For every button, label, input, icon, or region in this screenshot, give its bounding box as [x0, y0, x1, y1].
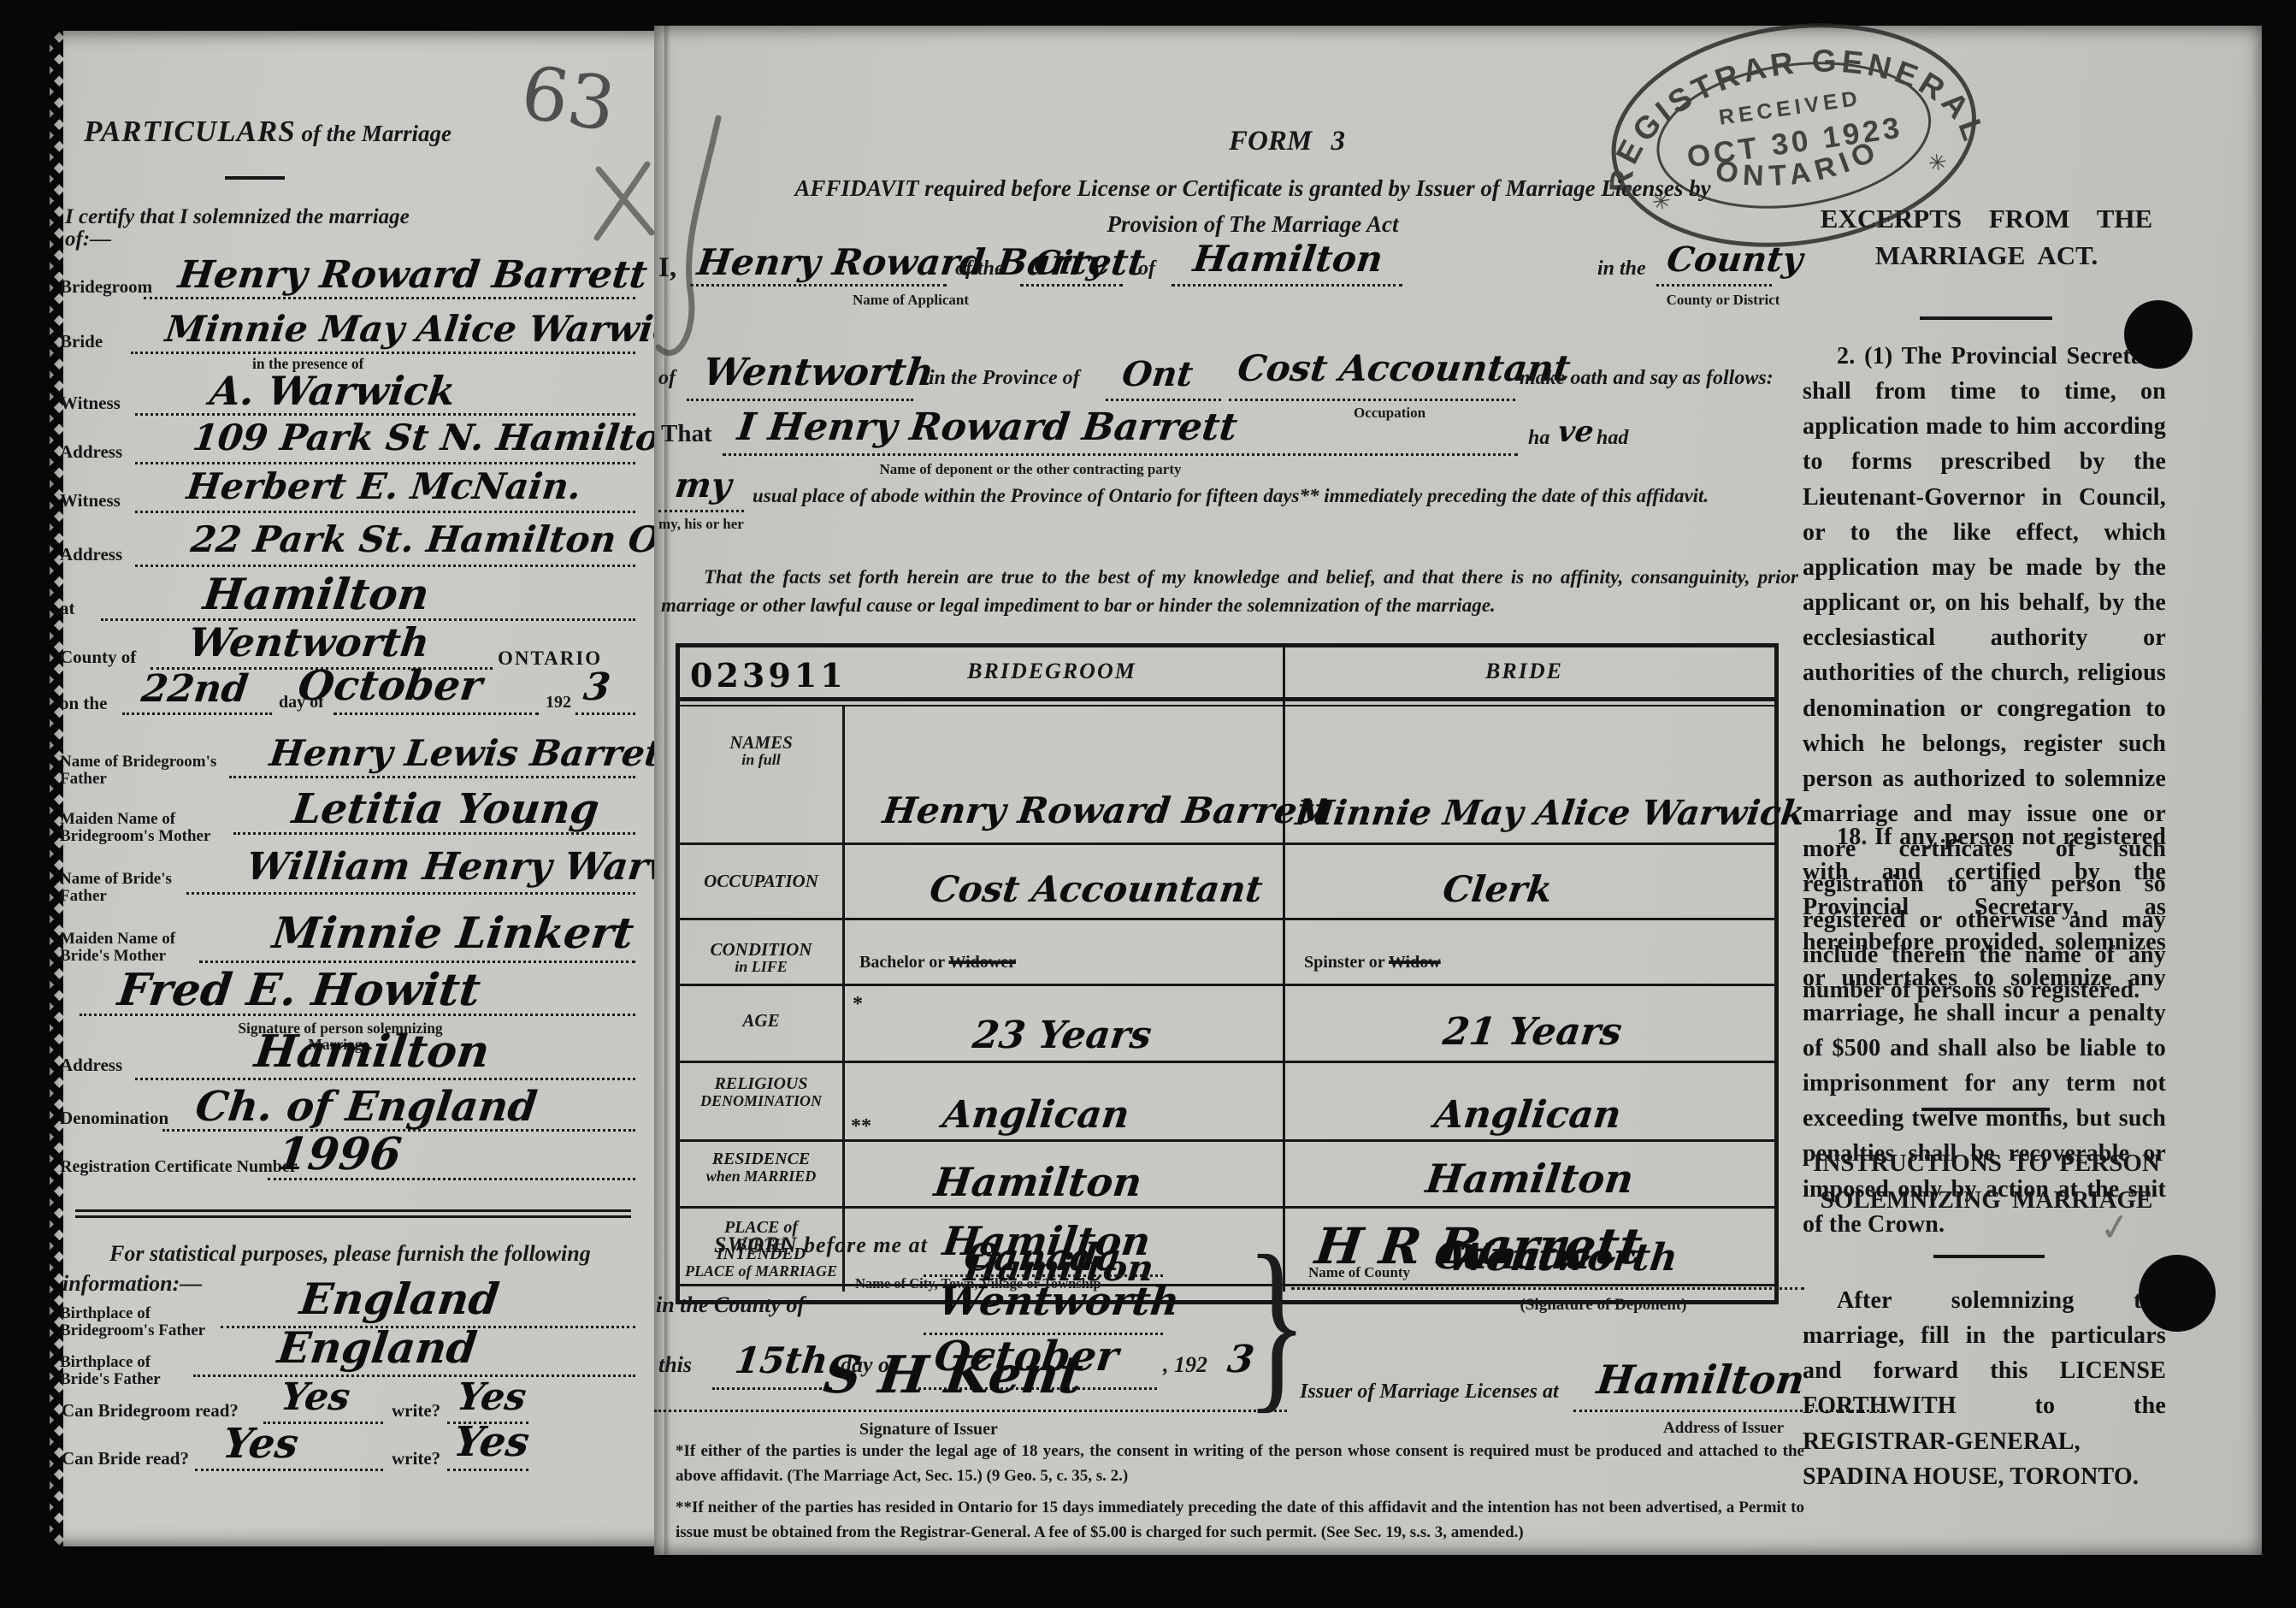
l1-cap-applicant: Name of Applicant — [782, 293, 1039, 309]
title-rule — [225, 176, 285, 180]
names-bridegroom: Henry Roward Barrett — [881, 793, 1332, 829]
issuer-at-label: Issuer of Marriage Licenses at — [1300, 1381, 1559, 1403]
left-page: PARTICULARS of the Marriage I certify th… — [50, 31, 680, 1546]
names-bride: Minnie May Alice Warwick — [1294, 796, 1807, 831]
row-line-names — [680, 842, 1774, 845]
read-br-line — [195, 1469, 383, 1471]
residence-bridegroom: Hamilton — [932, 1162, 1144, 1202]
divider-rule-2 — [75, 1215, 631, 1218]
names-label-main: NAMES — [680, 733, 842, 752]
father-br-line — [186, 892, 635, 895]
read-bg-label: Can Bridegroom read? — [62, 1401, 239, 1420]
received-stamp: REGISTRAR GENERAL ONTARIO RECEIVED OCT 3… — [1587, 0, 2001, 280]
write-br-value: Yes — [452, 1422, 532, 1463]
page-title-rest: of the Marriage — [296, 121, 452, 146]
row-line-occupation — [680, 918, 1774, 920]
sworn-at-line — [924, 1274, 1163, 1277]
row-label-condition: CONDITION in LIFE — [680, 940, 842, 975]
row-line-condition — [680, 984, 1774, 986]
l1-cap-county: County or District — [1629, 293, 1817, 309]
l2-county-value: Wentworth — [701, 354, 936, 392]
witness2-label: Witness — [60, 491, 121, 510]
row-line-birthplace — [680, 1284, 1774, 1286]
age-bridegroom: 23 Years — [971, 1017, 1154, 1055]
father-bg-label: Name of Bridegroom's Father — [60, 754, 222, 788]
l2-province-label: in the Province of — [929, 368, 1080, 389]
witness1-label: Witness — [60, 393, 121, 412]
row-label-religion: RELIGIOUS DENOMINATION — [680, 1075, 842, 1109]
l1-city-value: Hamilton — [1191, 241, 1384, 277]
bride-label: Bride — [60, 332, 103, 351]
date-day-value: 22nd — [139, 671, 250, 708]
birthplace-bgf-label: Birthplace of Bridegroom's Father — [60, 1305, 214, 1339]
religion-bride: Anglican — [1432, 1097, 1623, 1134]
date-month-value: October — [296, 665, 485, 706]
year-print: 192 — [546, 694, 571, 712]
main-page: FORM 3 AFFIDAVIT required before License… — [654, 26, 2262, 1555]
condition-bg-struck: Widower — [948, 953, 1016, 972]
witness2-value: Herbert E. McNain. — [185, 469, 583, 505]
vline-bride-col — [1283, 647, 1285, 1292]
address1-label: Address — [60, 442, 122, 461]
denomination-label: Denomination — [60, 1108, 168, 1127]
l3-deponent-line — [723, 453, 1518, 456]
address3-label: Address — [60, 1055, 122, 1074]
mother-br-line — [199, 961, 635, 963]
instructions-body: After solemnizing the marriage, fill in … — [1803, 1283, 2166, 1494]
read-bg-value: Yes — [279, 1379, 352, 1416]
residence-bride: Hamilton — [1424, 1159, 1636, 1198]
sworn-at-label: SWORN before me at — [714, 1233, 928, 1256]
age-bride: 21 Years — [1441, 1014, 1624, 1051]
certify-line: I certify that I solemnized the marriage… — [65, 206, 433, 251]
birthplace-brf-line — [193, 1374, 635, 1377]
l4-abode-text: usual place of abode within the Province… — [753, 486, 1709, 506]
facts-paragraph: That the facts set forth herein are true… — [661, 563, 1798, 620]
l4-my-handwritten: my — [673, 469, 733, 503]
names-label-sub: in full — [680, 752, 842, 768]
form-number: FORM 3 — [1116, 127, 1458, 157]
deponent-signature-line — [1291, 1287, 1804, 1290]
l1-of-the: of the — [955, 258, 1004, 280]
age-star-note: * — [853, 994, 863, 1015]
row-line-residence — [680, 1206, 1774, 1209]
instructions-title-1: INSTRUCTIONS TO PERSON — [1803, 1150, 2170, 1176]
at-label: at — [60, 599, 75, 618]
l1-city-line — [1172, 284, 1402, 287]
read-br-value: Yes — [221, 1423, 301, 1464]
l1-of: of — [1138, 258, 1155, 280]
stamp-star-right: ✳ — [1927, 149, 1949, 177]
bridegroom-label: Bridegroom — [60, 277, 152, 296]
excerpts-rule — [1920, 316, 2052, 320]
condition-label-sub: in LIFE — [680, 959, 842, 975]
religion-bridegroom: Anglican — [941, 1097, 1131, 1134]
father-bg-value: Henry Lewis Barrett — [268, 736, 680, 771]
sworn-day-value: 15th — [733, 1343, 830, 1379]
father-br-label: Name of Bride's Father — [60, 871, 188, 905]
l2-occupation-line — [1229, 399, 1515, 401]
county-label: County of — [60, 647, 136, 666]
address1-line — [135, 462, 635, 464]
occupation-bride: Clerk — [1441, 872, 1555, 907]
sworn-this-label: this — [658, 1353, 692, 1376]
birthplace-brf-value: England — [275, 1327, 479, 1369]
l4-my-line — [658, 510, 744, 512]
sworn-day-line — [712, 1387, 832, 1390]
l1-placetype-value: City — [1032, 246, 1108, 279]
religion-stars-note: ** — [851, 1116, 871, 1138]
l2-province-value: Ont — [1120, 358, 1195, 392]
instructions-registrar: REGISTRAR-GENERAL, SPADINA HOUSE, TORONT… — [1803, 1428, 2139, 1490]
condition-br-struck: Widow — [1389, 953, 1441, 972]
county-value: Wentworth — [186, 623, 432, 662]
occupation-bridegroom: Cost Accountant — [928, 872, 1265, 907]
condition-bridegroom: Bachelor or Widower — [859, 954, 1016, 972]
pencil-number: 63 — [516, 50, 622, 149]
l3-deponent-value: I Henry Roward Barrett — [735, 409, 1239, 446]
deponent-signature: H R Barrett — [1313, 1221, 1645, 1271]
page-title: PARTICULARS of the Marriage — [84, 116, 452, 148]
write-br-line — [447, 1469, 528, 1471]
issuer-at-value: Hamilton — [1595, 1360, 1807, 1399]
condition-bride: Spinster or Widow — [1304, 954, 1441, 972]
header-rule-thick — [680, 697, 1774, 701]
bridegroom-value: Henry Roward Barrett — [176, 257, 649, 294]
write-br-label: write? — [392, 1449, 440, 1468]
l3-ha: ha — [1528, 428, 1549, 449]
sworn-county-label: in the County of — [656, 1293, 805, 1316]
religion-label-sub: DENOMINATION — [680, 1093, 842, 1109]
sworn-at-value: Hamilton — [941, 1221, 1153, 1261]
condition-br-keep: Spinster or — [1304, 953, 1389, 972]
witness2-line — [135, 511, 635, 513]
l1-county-line — [1656, 284, 1772, 287]
row-label-occupation: OCCUPATION — [680, 872, 842, 890]
stamp-star-left: ✳ — [1650, 187, 1673, 216]
affidavit-table: 023911 BRIDEGROOM BRIDE NAMES in full OC… — [676, 643, 1779, 1304]
vline-label-col — [842, 706, 845, 1292]
solemnizer-signature: Fred E. Howitt — [115, 968, 483, 1013]
punch-hole-bottom — [2139, 1255, 2216, 1332]
condition-bg-keep: Bachelor or — [859, 953, 948, 972]
address3-line — [135, 1078, 635, 1080]
date-year-line — [575, 712, 635, 715]
row-label-age: AGE — [680, 1011, 842, 1030]
mother-bg-label: Maiden Name of Bridegroom's Mother — [60, 811, 231, 845]
write-bg-label: write? — [392, 1401, 440, 1420]
address2-value: 22 Park St. Hamilton Ont. — [189, 522, 717, 558]
solemnizer-line — [80, 1014, 635, 1016]
row-line-religion — [680, 1139, 1774, 1142]
residence-label-main: RESIDENCE — [680, 1150, 842, 1168]
on-the-label: on the — [60, 694, 107, 712]
l1-placetype-line — [1020, 284, 1123, 287]
punch-hole-top — [2124, 300, 2193, 369]
issuer-signature-line — [654, 1410, 1287, 1412]
religion-label-main: RELIGIOUS — [680, 1075, 842, 1093]
address3-value: Hamilton — [252, 1030, 492, 1074]
residence-label-sub: when MARRIED — [680, 1168, 842, 1185]
intended-label-sub: PLACE of MARRIAGE — [680, 1263, 842, 1280]
instructions-top-rule — [1921, 1108, 2050, 1111]
date-day-line — [122, 712, 272, 715]
pencil-checkmark: ✓ — [2097, 1204, 2134, 1252]
row-label-names: NAMES in full — [680, 733, 842, 768]
date-month-line — [333, 712, 539, 715]
issuer-address-caption: Address of Issuer — [1663, 1420, 1784, 1438]
bride-line — [131, 352, 635, 354]
scanned-marriage-record: PARTICULARS of the Marriage I certify th… — [0, 0, 2296, 1608]
l3-ve-handwritten: ve — [1556, 417, 1596, 446]
row-line-age — [680, 1061, 1774, 1063]
mother-br-value: Minnie Linkert — [270, 912, 636, 955]
instructions-bottom-rule — [1933, 1255, 2045, 1258]
issuer-signature-caption: Signature of Issuer — [859, 1420, 998, 1439]
denomination-value: Ch. of England — [193, 1086, 540, 1127]
at-value: Hamilton — [201, 573, 431, 616]
l1-name-line — [690, 284, 947, 287]
l2-cap-occupation: Occupation — [1304, 405, 1475, 422]
issuer-signature: S H Kent — [821, 1350, 1086, 1401]
page-title-main: PARTICULARS — [84, 115, 296, 148]
read-br-label: Can Bride read? — [62, 1449, 189, 1468]
l4-cap-my: my, his or her — [658, 517, 744, 533]
address1-value: 109 Park St N. Hamilton — [191, 420, 688, 456]
col-bride: BRIDE — [1283, 659, 1766, 683]
bridegroom-line — [144, 297, 635, 299]
mother-bg-value: Letitia Young — [290, 789, 601, 830]
excerpt-section-18: 18. If any person not registered with an… — [1803, 819, 2166, 1242]
brace: } — [1246, 1213, 1307, 1434]
row-label-residence: RESIDENCE when MARRIED — [680, 1150, 842, 1185]
birthplace-brf-label: Birthplace of Bride's Father — [60, 1354, 197, 1388]
l3-that: That — [661, 421, 712, 446]
sworn-year-print: , 192 — [1163, 1353, 1207, 1376]
write-bg-value: Yes — [455, 1379, 528, 1416]
l2-oath: make oath and say as follows: — [1520, 368, 1774, 389]
deponent-signature-caption: (Signature of Deponent) — [1467, 1297, 1740, 1315]
father-bg-line — [229, 776, 635, 778]
instructions-mid: to the — [1957, 1392, 2166, 1419]
regno-label: Registration Certificate Number — [60, 1158, 298, 1176]
mother-br-label: Maiden Name of Bride's Mother — [60, 931, 197, 965]
col-bridegroom: BRIDEGROOM — [821, 659, 1283, 683]
address2-label: Address — [60, 545, 122, 564]
l1-i: I, — [658, 253, 676, 283]
date-year-value: 3 — [581, 669, 612, 706]
bride-value: Minnie May Alice Warwick — [163, 311, 702, 347]
l2-province-line — [1106, 399, 1221, 401]
address2-line — [135, 565, 635, 567]
l3-had: had — [1597, 428, 1628, 449]
regno-value: 1996 — [274, 1132, 404, 1177]
witness1-value: A. Warwick — [208, 371, 457, 411]
footnote-consent: *If either of the parties is under the l… — [676, 1439, 1804, 1489]
l2-county-line — [687, 399, 913, 401]
received-stamp-graphic: REGISTRAR GENERAL ONTARIO RECEIVED OCT 3… — [1587, 0, 2001, 280]
sworn-county-value: Wentworth — [936, 1281, 1182, 1321]
birthplace-bgf-value: England — [298, 1278, 501, 1321]
divider-rule-1 — [75, 1209, 631, 1212]
l3-cap-deponent: Name of deponent or the other contractin… — [876, 462, 1184, 478]
l2-of: of — [658, 368, 676, 389]
condition-label-main: CONDITION — [680, 940, 842, 959]
footnote-residency: **If neither of the parties has resided … — [676, 1495, 1804, 1546]
